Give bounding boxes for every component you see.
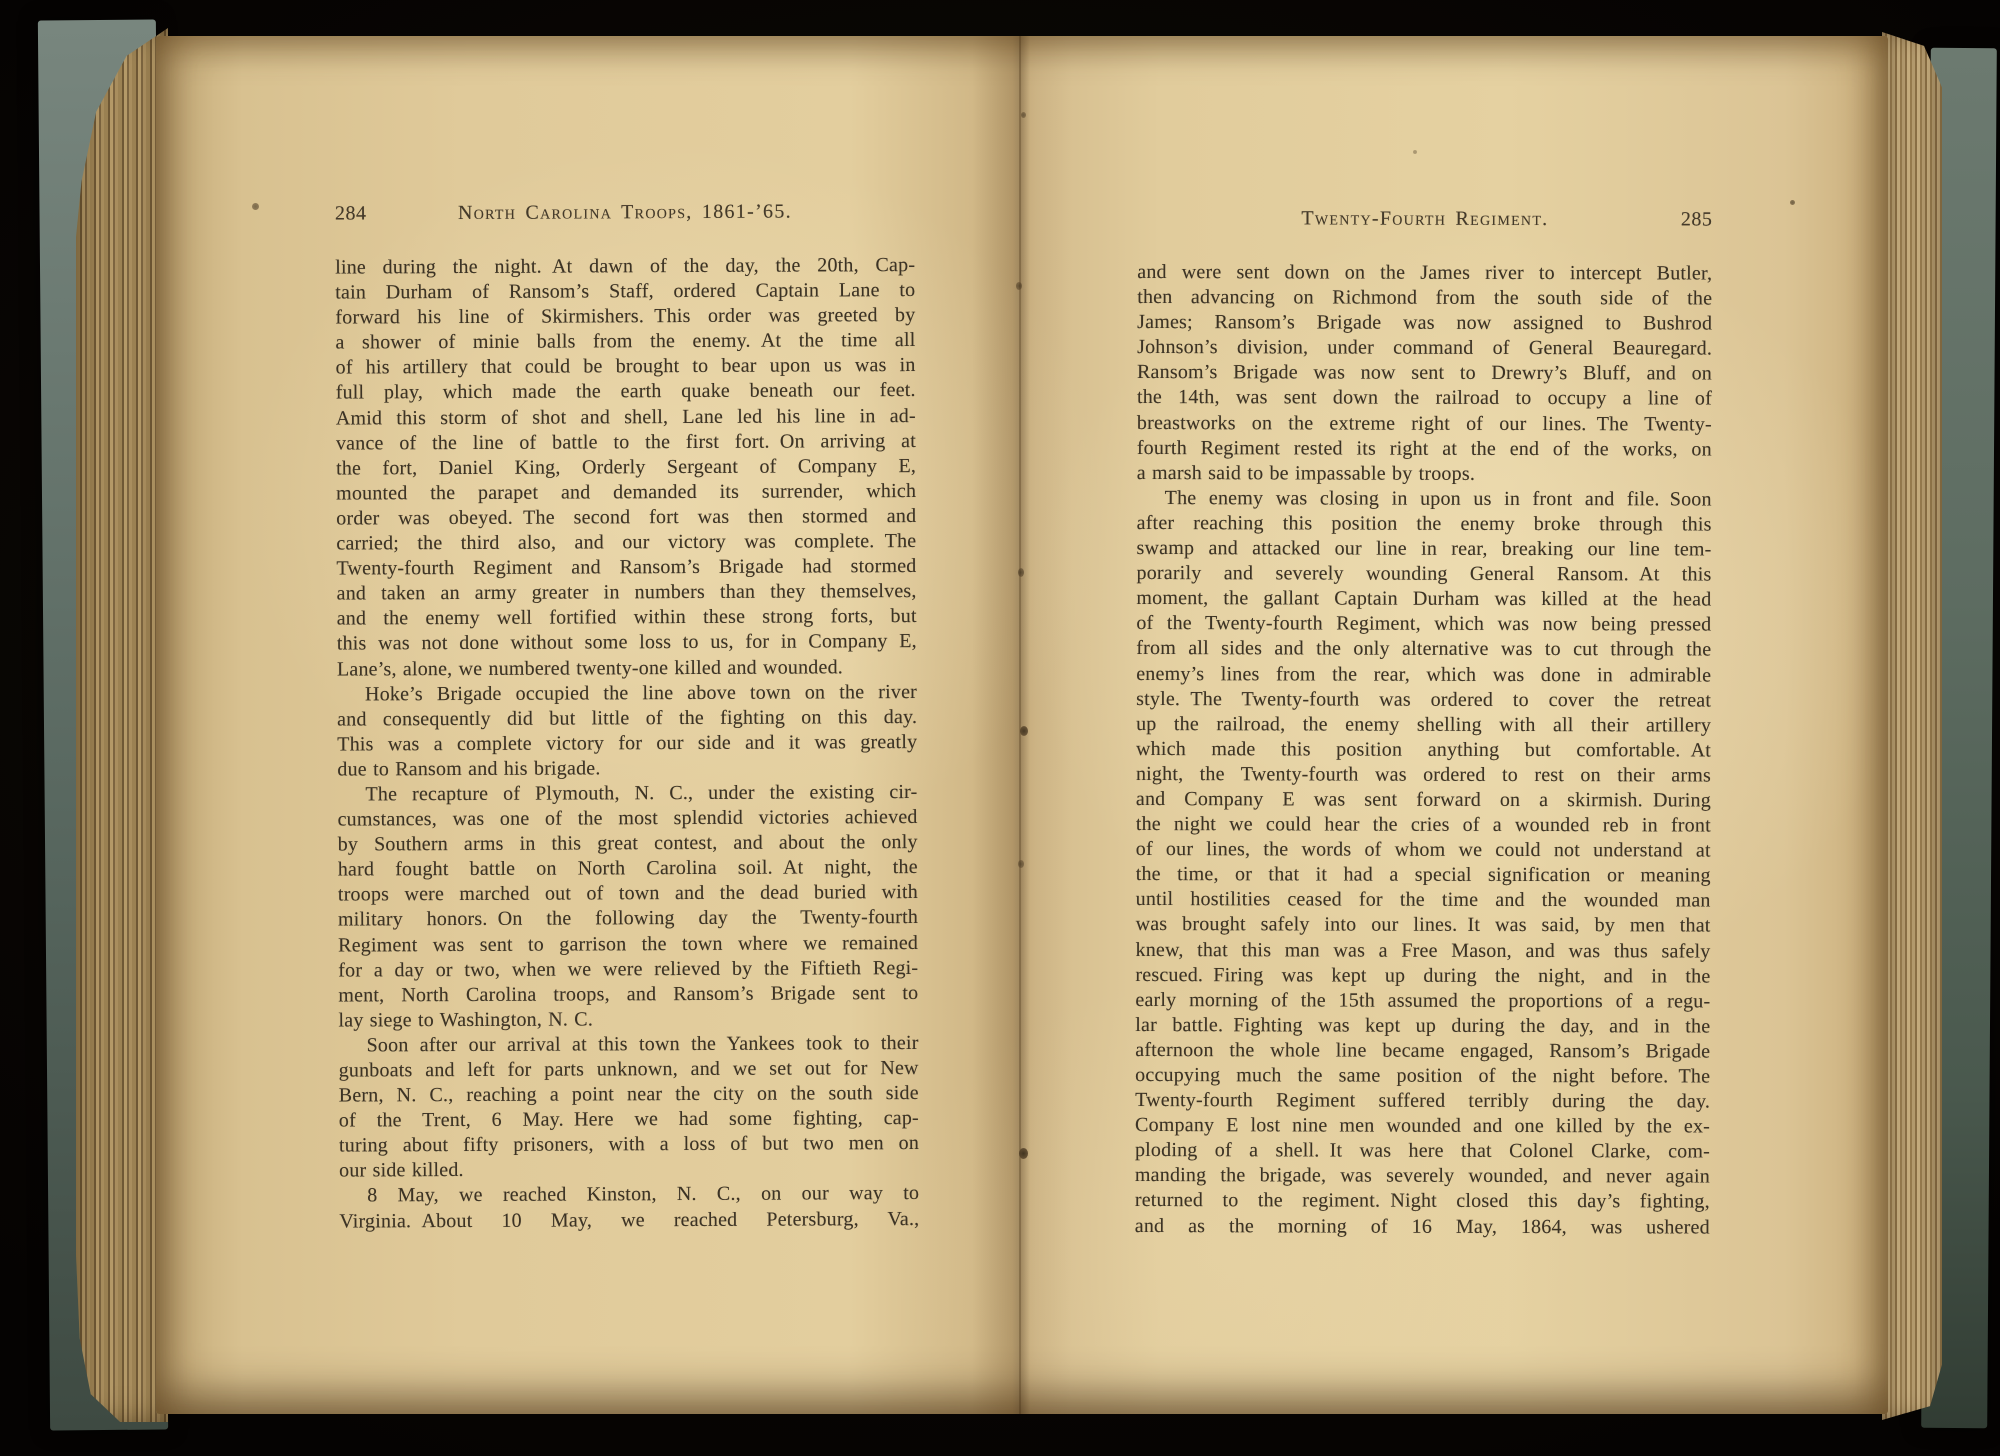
- text-line: a marsh said to be impassable by troops.: [1137, 461, 1712, 488]
- text-line: style. The Twenty-fourth was ordered to …: [1136, 687, 1711, 714]
- text-line: of the Trent, 6 May. Here we had some fi…: [339, 1106, 919, 1134]
- text-line: of our lines, the words of whom we could…: [1136, 837, 1711, 864]
- left-running-head: North Carolina Troops, 1861-’65.: [335, 198, 915, 227]
- text-line: cumstances, was one of the most splendid…: [338, 805, 918, 833]
- text-line: hard fought battle on North Carolina soi…: [338, 855, 918, 883]
- text-line: The enemy was closing in upon us in fron…: [1137, 486, 1712, 513]
- text-line: the fort, Daniel King, Orderly Sergeant …: [336, 454, 916, 482]
- text-line: Virginia. About 10 May, we reached Peter…: [339, 1207, 919, 1235]
- text-line: for a day or two, when we were relieved …: [338, 956, 918, 984]
- text-line: porarily and severely wounding General R…: [1136, 561, 1711, 588]
- text-line: Johnson’s division, under command of Gen…: [1137, 335, 1712, 362]
- text-line: and the enemy well fortified within thes…: [337, 604, 917, 632]
- text-line: ploding of a shell. It was here that Col…: [1135, 1138, 1710, 1165]
- text-line: up the railroad, the enemy shelling with…: [1136, 712, 1711, 739]
- text-line: Company E lost nine men wounded and one …: [1135, 1113, 1710, 1140]
- text-line: vance of the line of battle to the first…: [336, 429, 916, 457]
- text-line: lay siege to Washington, N. C.: [338, 1006, 918, 1034]
- text-line: Hoke’s Brigade occupied the line above t…: [337, 680, 917, 708]
- text-line: line during the night. At dawn of the da…: [335, 253, 915, 281]
- text-line: carried; the third also, and our victory…: [336, 529, 916, 557]
- text-line: of the Twenty-fourth Regiment, which was…: [1136, 611, 1711, 638]
- text-line: rescued. Firing was kept up during the n…: [1135, 963, 1710, 990]
- right-running-head: Twenty-Fourth Regiment.: [1137, 205, 1712, 233]
- text-line: due to Ransom and his brigade.: [337, 755, 917, 783]
- text-line: until hostilities ceased for the time an…: [1136, 887, 1711, 914]
- text-line: manding the brigade, was severely wounde…: [1135, 1163, 1710, 1190]
- stitch-mark: [1021, 112, 1026, 118]
- text-line: Lane’s, alone, we numbered twenty-one ki…: [337, 655, 917, 683]
- text-line: and as the morning of 16 May, 1864, was …: [1135, 1214, 1710, 1241]
- text-line: which made this position anything but co…: [1136, 737, 1711, 764]
- text-line: Twenty-fourth Regiment and Ransom’s Brig…: [336, 554, 916, 582]
- stitch-mark: [1019, 1148, 1028, 1159]
- text-line: troops were marched out of town and the …: [338, 880, 918, 908]
- page-edge-stack-right: [1882, 32, 1942, 1420]
- text-line: and Company E was sent forward on a skir…: [1136, 787, 1711, 814]
- ink-speck: [1413, 150, 1417, 154]
- text-line: early morning of the 15th assumed the pr…: [1135, 988, 1710, 1015]
- text-line: after reaching this position the enemy b…: [1137, 511, 1712, 538]
- text-line: ment, North Carolina troops, and Ransom’…: [338, 981, 918, 1009]
- text-line: moment, the gallant Captain Durham was k…: [1136, 586, 1711, 613]
- text-line: Twenty-fourth Regiment suffered terribly…: [1135, 1088, 1710, 1115]
- ink-speck: [252, 203, 259, 210]
- text-line: from all sides and the only alternative …: [1136, 636, 1711, 663]
- text-line: night, the Twenty-fourth was ordered to …: [1136, 762, 1711, 789]
- stitch-mark: [1018, 568, 1024, 577]
- text-line: breastworks on the extreme right of our …: [1137, 411, 1712, 438]
- text-line: and consequently did but little of the f…: [337, 705, 917, 733]
- text-line: turing about fifty prisoners, with a los…: [339, 1131, 919, 1159]
- text-line: knew, that this man was a Free Mason, an…: [1135, 938, 1710, 965]
- text-line: enemy’s lines from the rear, which was d…: [1136, 661, 1711, 688]
- text-line: the night we could hear the cries of a w…: [1136, 812, 1711, 839]
- page-edge-stack-left: [76, 28, 168, 1422]
- text-line: returned to the regiment. Night closed t…: [1135, 1188, 1710, 1215]
- text-line: gunboats and left for parts unknown, and…: [339, 1056, 919, 1084]
- text-line: This was a complete victory for our side…: [337, 730, 917, 758]
- text-line: order was obeyed. The second fort was th…: [336, 504, 916, 532]
- text-line: afternoon the whole line became engaged,…: [1135, 1038, 1710, 1065]
- ink-speck: [1790, 200, 1795, 205]
- text-line: Amid this storm of shot and shell, Lane …: [336, 404, 916, 432]
- text-line: Regiment was sent to garrison the town w…: [338, 931, 918, 959]
- text-line: was brought safely into our lines. It wa…: [1136, 912, 1711, 939]
- text-line: forward his line of Skirmishers. This or…: [335, 303, 915, 331]
- gutter-fold-line: [1019, 36, 1021, 1414]
- text-line: full play, which made the earth quake be…: [336, 378, 916, 406]
- text-line: this was not done without some loss to u…: [337, 629, 917, 657]
- text-line: then advancing on Richmond from the sout…: [1137, 285, 1712, 312]
- stitch-mark: [1016, 282, 1022, 290]
- text-line: fourth Regiment rested its right at the …: [1137, 436, 1712, 463]
- book-scan: 284 North Carolina Troops, 1861-’65. lin…: [0, 0, 2000, 1456]
- text-line: Ransom’s Brigade was now sent to Drewry’…: [1137, 360, 1712, 387]
- text-line: and taken an army greater in numbers tha…: [337, 579, 917, 607]
- text-line: occupying much the same position of the …: [1135, 1063, 1710, 1090]
- text-line: of his artillery that could be brought t…: [336, 353, 916, 381]
- text-line: James; Ransom’s Brigade was now assigned…: [1137, 310, 1712, 337]
- text-line: swamp and attacked our line in rear, bre…: [1137, 536, 1712, 563]
- right-page-body: and were sent down on the James river to…: [1135, 260, 1713, 1240]
- text-line: 8 May, we reached Kinston, N. C., on our…: [339, 1181, 919, 1209]
- right-page-header: Twenty-Fourth Regiment. 285: [1137, 205, 1712, 235]
- text-line: and were sent down on the James river to…: [1137, 260, 1712, 287]
- text-line: The recapture of Plymouth, N. C., under …: [337, 780, 917, 808]
- text-line: a shower of minie balls from the enemy. …: [335, 328, 915, 356]
- left-page-header: 284 North Carolina Troops, 1861-’65.: [335, 198, 915, 229]
- text-line: Bern, N. C., reaching a point near the c…: [339, 1081, 919, 1109]
- text-line: by Southern arms in this great contest, …: [338, 830, 918, 858]
- text-line: tain Durham of Ransom’s Staff, ordered C…: [335, 278, 915, 306]
- text-line: Soon after our arrival at this town the …: [339, 1031, 919, 1059]
- text-line: the 14th, was sent down the railroad to …: [1137, 385, 1712, 412]
- text-line: mounted the parapet and demanded its sur…: [336, 479, 916, 507]
- text-line: the time, or that it had a special signi…: [1136, 862, 1711, 889]
- stitch-mark: [1018, 860, 1024, 868]
- right-page-number: 285: [1681, 206, 1713, 232]
- left-page-number: 284: [335, 200, 367, 226]
- text-line: military honors. On the following day th…: [338, 905, 918, 933]
- stitch-mark: [1020, 726, 1028, 736]
- left-page-body: line during the night. At dawn of the da…: [335, 253, 919, 1234]
- text-line: lar battle. Fighting was kept up during …: [1135, 1013, 1710, 1040]
- text-line: our side killed.: [339, 1156, 919, 1184]
